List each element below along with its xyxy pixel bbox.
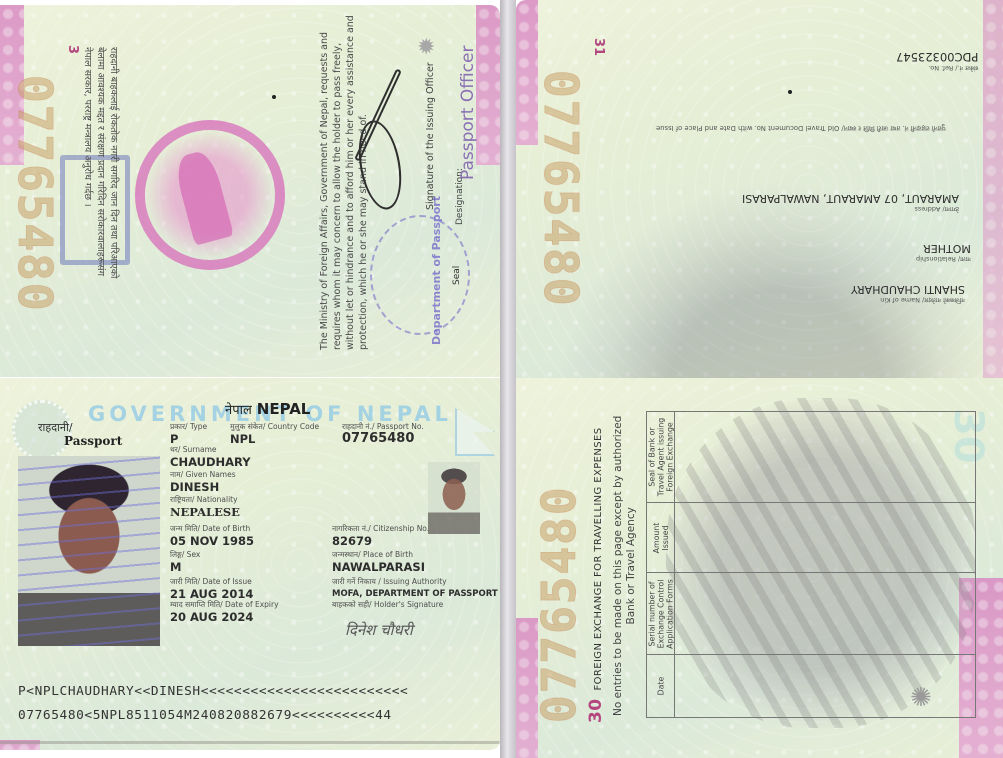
holder-photo [18,456,160,646]
field-citizenship-no: नागरिकता नं./ Citizenship No.82679 [332,524,429,548]
mrz-line-1: P<NPLCHAUDHARY<<DINESH<<<<<<<<<<<<<<<<<<… [18,684,408,699]
section-note: No entries to be made on this page excep… [612,416,638,716]
ref-no: संकेत नं./ Ref. No. PDC00323547 [896,50,978,73]
country-heading: नेपालNEPAL [225,400,310,418]
issuing-officer-signature [355,45,425,215]
field-date-of-issue: जारी मिति/ Date of Issue21 AUG 2014 [170,577,253,601]
foreign-exchange-table: Seal of Bank or Travel Agent issuing For… [646,411,976,718]
old-document-label: पुरानो राहदानी नं. तथा जारी मिति र स्थान… [656,124,946,133]
field-passport-no: राहदानी नं./ Passport No.07765480 [342,422,424,446]
ink-dot [788,90,792,94]
security-band-right [476,5,500,165]
page-edge [0,741,500,744]
field-country-code: मुलुक संकेत/ Country CodeNPL [230,422,319,446]
nepal-emblem [135,120,285,270]
field-given-names: नाम/ Given NamesDINESH [170,470,236,494]
relationship: नाता/ Relationship MOTHER [916,242,971,264]
page-3-observations: 3 07765480 राहदानी बाहकलाई रोकतोक नगरी स… [0,5,500,377]
table-row-serial: Serial number of Exchange Control Applic… [646,572,976,655]
nepali-request-text: राहदानी बाहकलाई रोकतोक नगरी सगरिद जान दि… [81,47,120,279]
address: ठेगाना/ Address AMARAUT, 07 AMARAUT, NAW… [742,192,959,214]
seal-text: Department of Passport [430,196,443,345]
sunburst-icon: ✺ [910,683,932,713]
perforated-passport-number: 07765480 [8,75,62,313]
field-nationality: राष्ट्रियता/ NationalityNEPALESE [170,495,240,519]
star-seal-icon: ✹ [417,35,435,60]
mrz-line-2: 07765480<5NPL8511054M240820882679<<<<<<<… [18,708,392,723]
field-place-of-birth: जन्मस्थान/ Place of BirthNAWALPARASI [332,550,425,574]
perforated-passport-number: 07765480 [532,485,586,723]
field-sex: लिङ्ग/ SexM [170,550,200,574]
table-row-seal: Seal of Bank or Travel Agent issuing For… [646,411,976,503]
field-surname: थर/ SurnameCHAUDHARY [170,445,251,469]
signature-label: Signature of the Issuing Officer [425,62,436,210]
field-date-of-expiry: म्याद समाप्ति मिति/ Date of Expiry20 AUG… [170,600,279,624]
field-type: प्रकार/ TypeP [170,422,207,446]
ink-dot [272,95,276,99]
page-number: 3 [65,45,80,54]
next-of-kin: नजिकको नातेदार/ Name of Kin SHANTI CHAUD… [851,283,965,305]
designation-value: Passport Officer [458,46,478,180]
holder-signature: दिनेश चौधरी [345,620,413,640]
page-number: 31 [591,38,606,56]
doc-label-nepali: राहदानी/ [38,420,73,435]
page-31-personal-details: 31 07765480 संकेत नं./ Ref. No. PDC00323… [516,0,1003,378]
field-date-of-birth: जन्म मिति/ Date of Birth05 NOV 1985 [170,524,254,548]
section-title: 30FOREIGN EXCHANGE FOR TRAVELLING EXPENS… [586,428,606,724]
field-issuing-authority: जारी गर्ने निकाय / Issuing AuthorityMOFA… [332,577,498,601]
passport-spine [500,0,516,758]
field-holder-signature: बाहकको सही/ Holder's Signature [332,600,443,610]
table-row-amount: Amount Issued [646,502,976,573]
ghost-photo [428,462,480,534]
seal-label: Seal [452,266,462,285]
perforated-passport-number: 07765480 [534,70,588,308]
nepal-flag-icon [455,408,495,456]
passport-biodata-page: GOVERNMENT OF NEPAL राहदानी/ Passport ने… [0,378,500,750]
doc-label-english: Passport [64,434,122,448]
